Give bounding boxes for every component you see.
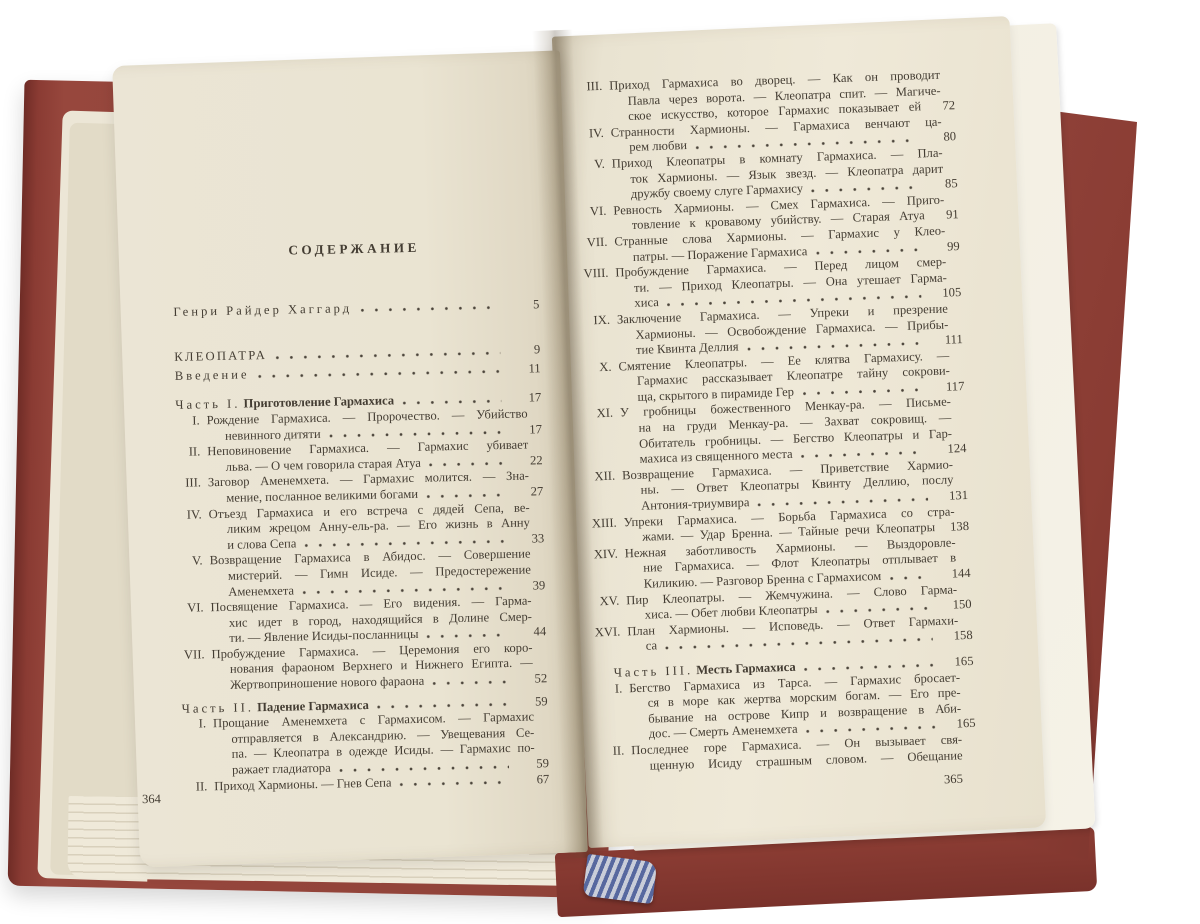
toc-chapter-numeral: II. — [590, 743, 631, 760]
toc-chapter-numeral: VI. — [572, 203, 613, 220]
toc-page-ref: 17 — [507, 391, 541, 407]
toc-page-ref: 67 — [515, 772, 549, 788]
hanging-indent — [578, 385, 637, 387]
dot-leader — [426, 625, 506, 642]
dot-leader — [360, 298, 500, 317]
hanging-indent — [582, 494, 641, 496]
toc-text: Введение — [175, 367, 250, 384]
hanging-indent — [574, 260, 633, 262]
toc-page-ref: 59 — [515, 756, 549, 772]
hanging-indent — [577, 354, 636, 356]
dot-leader — [399, 773, 509, 791]
hanging-indent — [584, 572, 643, 574]
toc-page-ref: 111 — [929, 332, 963, 349]
toc-page-ref: 39 — [511, 578, 545, 594]
toc-text-segment: Часть II. — [182, 700, 255, 716]
toc-page-ref: 138 — [935, 519, 969, 536]
toc-text: КЛЕОПАТРА — [174, 348, 267, 366]
toc-page-ref: 150 — [937, 597, 971, 614]
toc-chapter-numeral: VII. — [178, 647, 211, 663]
hanging-indent — [590, 738, 649, 740]
toc-chapter-numeral: III. — [175, 476, 208, 492]
toc-chapter-numeral: IX. — [576, 312, 617, 329]
hanging-indent — [580, 447, 639, 449]
toc-text-segment: Часть I. — [175, 397, 240, 412]
toc-chapter-numeral: IV. — [570, 125, 611, 142]
hanging-indent — [591, 769, 650, 771]
hanging-indent — [179, 673, 230, 674]
hanging-indent — [571, 183, 630, 185]
toc-section-line: Генри Райдер Хаггард5 — [171, 297, 539, 320]
hanging-indent — [586, 619, 645, 621]
toc-page-ref: 165 — [941, 716, 975, 733]
toc-page-ref: 117 — [930, 379, 964, 396]
toc-text-segment: Месть Гармахиса — [696, 660, 796, 677]
toc-page-ref: 144 — [936, 566, 970, 583]
dot-leader — [426, 485, 504, 502]
dot-leader — [429, 454, 503, 471]
toc-text-segment: Приготовление Гармахиса — [243, 394, 394, 411]
hanging-indent — [576, 307, 635, 309]
toc-text: хиса — [634, 295, 659, 311]
hanging-indent — [174, 439, 225, 440]
toc-text-segment: Введение — [175, 367, 250, 383]
toc-text: Аменемхета — [228, 583, 294, 600]
toc-chapter-numeral: VII. — [573, 234, 614, 251]
hanging-indent — [572, 198, 631, 200]
hanging-indent — [177, 595, 228, 596]
hanging-indent — [573, 229, 632, 231]
hanging-indent — [587, 650, 646, 652]
hanging-indent — [577, 338, 636, 340]
toc-text: и слова Сепа — [227, 536, 296, 553]
hanging-indent — [582, 510, 641, 512]
toc-chapter-numeral: XV. — [585, 593, 626, 610]
toc-page-ref: 105 — [927, 285, 961, 302]
toc-chapter-numeral: XVI. — [586, 624, 627, 641]
toc-text: са — [646, 639, 658, 655]
hanging-indent — [180, 743, 231, 744]
toc-page-ref: 91 — [924, 207, 958, 224]
toc-chapter-numeral: V. — [571, 157, 612, 174]
toc-page-ref: 99 — [925, 239, 959, 256]
toc-page-ref: 72 — [921, 98, 955, 115]
toc-chapter-numeral: III. — [568, 79, 609, 96]
right-page-number: 365 — [944, 772, 963, 788]
toc-text-segment: Генри Райдер Хаггард — [173, 301, 352, 319]
toc-text-segment: Часть III. — [613, 663, 693, 680]
toc-left-column: СОДЕРЖАНИЕ Генри Райдер Хаггард5КЛЕОПАТР… — [170, 237, 549, 795]
hanging-indent — [181, 758, 232, 759]
toc-chapter-numeral: IV. — [175, 507, 208, 523]
spine-headband — [583, 854, 658, 904]
toc-chapter-numeral: II. — [174, 444, 207, 460]
toc-text-segment: КЛЕОПАТРА — [174, 348, 267, 364]
toc-page-ref: 131 — [934, 488, 968, 505]
hanging-indent — [575, 292, 634, 294]
toc-page-ref: 52 — [513, 671, 547, 687]
hanging-indent — [178, 642, 229, 643]
left-page-number: 364 — [142, 792, 161, 807]
toc-chapter-numeral: XI. — [579, 406, 620, 423]
toc-page-ref: 33 — [510, 531, 544, 547]
toc-page-ref: 158 — [938, 628, 972, 645]
hanging-indent — [583, 541, 642, 543]
toc-text: Генри Райдер Хаггард — [173, 301, 352, 320]
dot-leader — [889, 567, 931, 584]
hanging-indent — [569, 105, 628, 107]
toc-chapter-numeral: I. — [588, 681, 629, 698]
hanging-indent — [176, 533, 227, 534]
hanging-indent — [181, 774, 232, 775]
toc-chapter-numeral: XIV. — [584, 546, 625, 563]
dot-leader — [432, 672, 507, 689]
toc-page-ref: 9 — [506, 342, 540, 358]
toc-page-ref: 11 — [507, 361, 541, 377]
toc-page-ref: 59 — [513, 694, 547, 710]
toc-chapter-numeral: VI. — [177, 600, 210, 616]
hanging-indent — [175, 471, 226, 472]
toc-page-ref: 165 — [939, 654, 973, 671]
hanging-indent — [585, 588, 644, 590]
hanging-indent — [570, 151, 629, 153]
toc-page-ref: 80 — [922, 130, 956, 147]
dot-leader — [257, 362, 501, 383]
toc-right-column: III.Приход Гармахиса во дворец. — Как он… — [568, 67, 977, 776]
toc-chapter-numeral: V. — [176, 554, 209, 570]
hanging-indent — [589, 722, 648, 724]
toc-text-segment: Падение Гармахиса — [257, 698, 369, 714]
toc-chapter-numeral: VIII. — [574, 266, 615, 283]
toc-page-ref: 85 — [923, 176, 957, 193]
toc-page-ref: 22 — [508, 453, 542, 469]
toc-page-ref: 44 — [512, 624, 546, 640]
toc-page-ref: 124 — [932, 441, 966, 458]
hanging-indent — [581, 463, 640, 465]
hanging-indent — [580, 432, 639, 434]
hanging-indent — [176, 549, 227, 550]
hanging-indent — [175, 502, 226, 503]
toc-right-rows: III.Приход Гармахиса во дворец. — Как он… — [568, 67, 977, 776]
toc-chapter-numeral: I. — [180, 716, 213, 732]
toc-chapter-numeral: I. — [174, 413, 207, 429]
hanging-indent — [178, 627, 229, 628]
hanging-indent — [179, 689, 230, 690]
toc-text: Жертвоприношение нового фараона — [230, 674, 424, 694]
toc-page-ref: 17 — [508, 422, 542, 438]
book-photo: СОДЕРЖАНИЕ Генри Райдер Хаггард5КЛЕОПАТР… — [0, 0, 1200, 924]
toc-chapter-numeral: XII. — [581, 468, 622, 485]
toc-page-ref: 5 — [505, 297, 539, 313]
toc-chapter-numeral: XIII. — [582, 515, 623, 532]
hanging-indent — [579, 401, 638, 403]
toc-chapter-numeral: X. — [577, 359, 618, 376]
hanging-indent — [569, 120, 628, 122]
toc-left-rows: Генри Райдер Хаггард5КЛЕОПАТРА9Введение1… — [171, 297, 549, 795]
toc-page-ref: 27 — [509, 484, 543, 500]
dot-leader — [275, 343, 500, 363]
hanging-indent — [589, 707, 648, 709]
hanging-indent — [177, 580, 228, 581]
toc-chapter-numeral: II. — [181, 779, 214, 795]
